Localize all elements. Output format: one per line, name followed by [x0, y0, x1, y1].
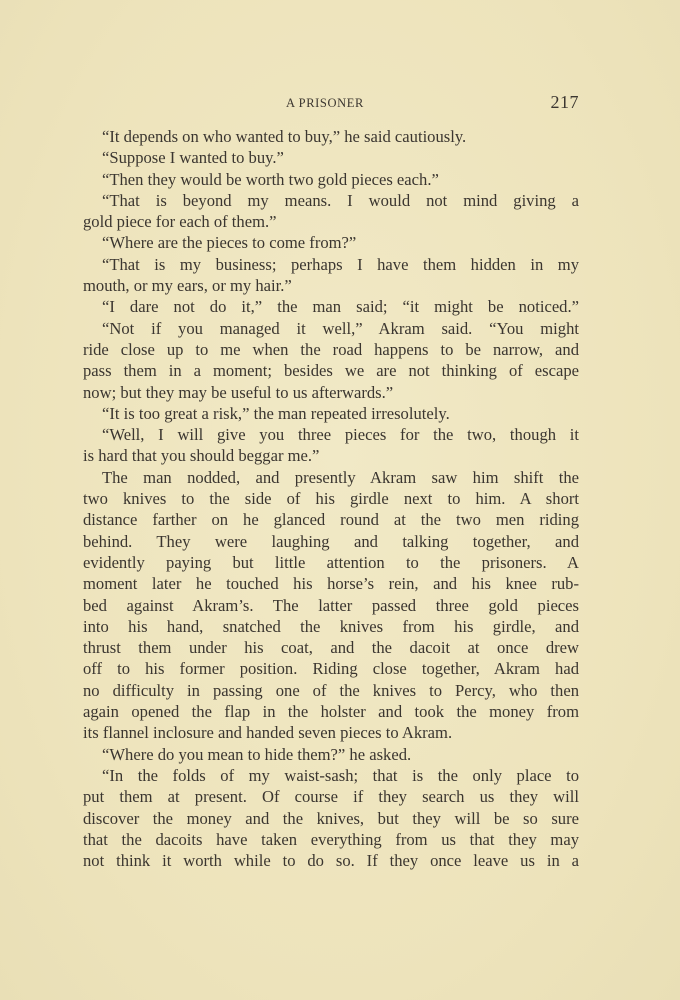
text-line: evidently paying but little attention to… [83, 552, 579, 573]
text-line: “Suppose I wanted to buy.” [83, 147, 579, 168]
text-line: “Well, I will give you three pieces for … [83, 424, 579, 445]
text-line: put them at present. Of course if they s… [83, 786, 579, 807]
text-line: The man nodded, and presently Akram saw … [83, 467, 579, 488]
text-line: mouth, or my ears, or my hair.” [83, 275, 579, 296]
text-line: off to his former position. Riding close… [83, 658, 579, 679]
text-line: gold piece for each of them.” [83, 211, 579, 232]
text-line: is hard that you should beggar me.” [83, 445, 579, 466]
text-line: behind. They were laughing and talking t… [83, 531, 579, 552]
text-line: “It is too great a risk,” the man repeat… [83, 403, 579, 424]
text-line: “Not if you managed it well,” Akram said… [83, 318, 579, 339]
text-line: into his hand, snatched the knives from … [83, 616, 579, 637]
text-line: two knives to the side of his girdle nex… [83, 488, 579, 509]
text-line: “Where do you mean to hide them?” he ask… [83, 744, 579, 765]
text-line: thrust them under his coat, and the daco… [83, 637, 579, 658]
text-line: moment later he touched his horse’s rein… [83, 573, 579, 594]
text-line: discover the money and the knives, but t… [83, 808, 579, 829]
text-line: ride close up to me when the road happen… [83, 339, 579, 360]
text-line: again opened the flap in the holster and… [83, 701, 579, 722]
text-line: “That is my business; perhaps I have the… [83, 254, 579, 275]
text-line: “In the folds of my waist-sash; that is … [83, 765, 579, 786]
text-line: its flannel inclosure and handed seven p… [83, 722, 579, 743]
text-line: “Then they would be worth two gold piece… [83, 169, 579, 190]
text-line: pass them in a moment; besides we are no… [83, 360, 579, 381]
running-head: A PRISONER 217 [83, 93, 579, 115]
text-line: bed against Akram’s. The latter passed t… [83, 595, 579, 616]
body-text: “It depends on who wanted to buy,” he sa… [83, 126, 579, 871]
text-line: no difficulty in passing one of the kniv… [83, 680, 579, 701]
text-line: distance farther on he glanced round at … [83, 509, 579, 530]
text-line: not think it worth while to do so. If th… [83, 850, 579, 871]
page-number: 217 [551, 92, 580, 113]
text-line: that the dacoits have taken everything f… [83, 829, 579, 850]
running-title: A PRISONER [286, 96, 364, 111]
text-line: “I dare not do it,” the man said; “it mi… [83, 296, 579, 317]
text-line: now; but they may be useful to us afterw… [83, 382, 579, 403]
text-line: “It depends on who wanted to buy,” he sa… [83, 126, 579, 147]
text-line: “That is beyond my means. I would not mi… [83, 190, 579, 211]
text-line: “Where are the pieces to come from?” [83, 232, 579, 253]
